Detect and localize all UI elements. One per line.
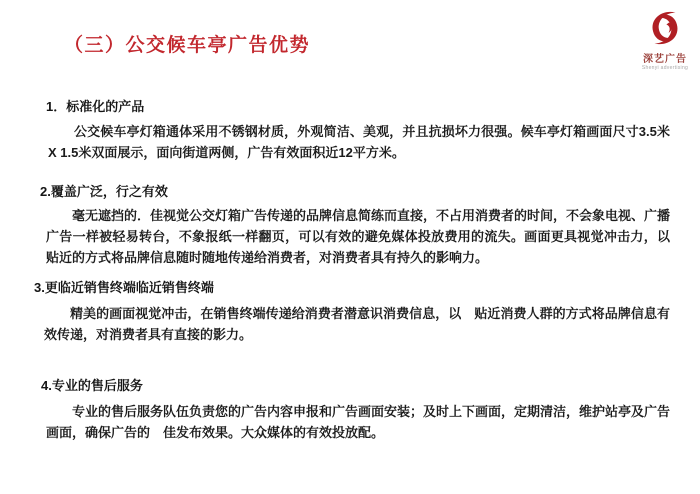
- page-title: （三）公交候车亭广告优势: [64, 30, 310, 57]
- section-3-heading: 3.更临近销售终端临近销售终端: [34, 277, 214, 296]
- section-2-paragraph: 毫无遮挡的．佳视觉公交灯箱广告传递的品牌信息简练而直接，不占用消费者的时间，不会…: [46, 205, 670, 268]
- section-4-paragraph: 专业的售后服务队伍负责您的广告内容申报和广告画面安装；及时上下画面，定期清洁，维…: [46, 401, 670, 443]
- section-1-heading: 1．标准化的产品: [46, 96, 144, 115]
- logo-cn-text: 深艺广告: [634, 55, 696, 65]
- section-3-paragraph: 精美的画面视觉冲击，在销售终端传递给消费者潜意识消费信息，以 贴近消费人群的方式…: [44, 303, 670, 345]
- slide-canvas: （三）公交候车亭广告优势 深艺广告 Shenyi advertising 1．标…: [0, 0, 700, 494]
- section-4-heading: 4.专业的售后服务: [41, 375, 143, 394]
- section-1-paragraph: 公交候车亭灯箱通体采用不锈钢材质，外观简洁、美观，并且抗损坏力很强。候车亭灯箱画…: [48, 121, 670, 163]
- company-logo: 深艺广告 Shenyi advertising: [634, 6, 696, 72]
- logo-en-text: Shenyi advertising: [634, 65, 696, 72]
- swirl-logo-icon: [644, 6, 686, 50]
- section-2-heading: 2.覆盖广泛，行之有效: [40, 181, 168, 200]
